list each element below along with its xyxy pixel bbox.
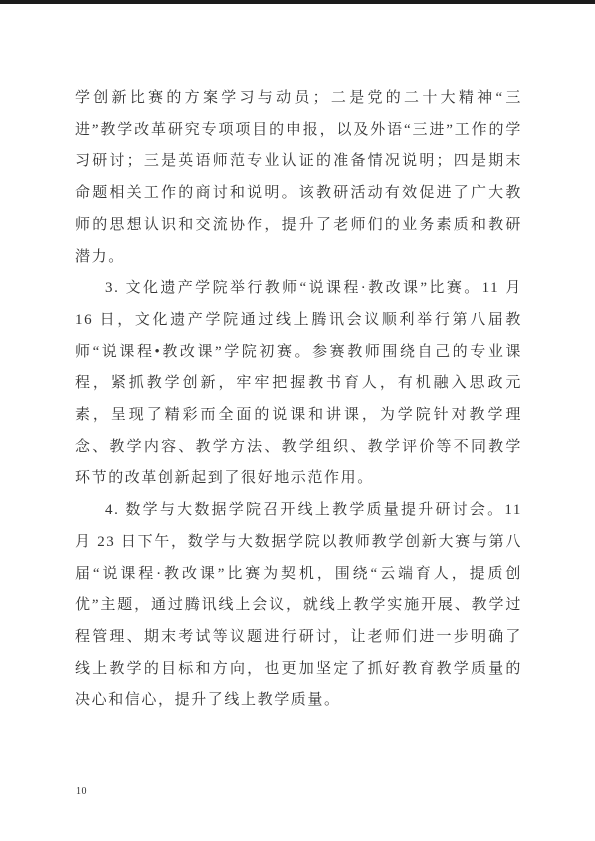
paragraph-item-3: 3. 文化遗产学院举行教师“说课程·教改课”比赛。11 月 16 日，文化遗产学… [75,273,522,495]
paragraph-item-4: 4. 数学与大数据学院召开线上教学质量提升研讨会。11 月 23 日下午，数学与… [75,495,522,717]
page-top-edge [0,0,595,4]
page-number: 10 [76,786,87,797]
document-body: 学创新比赛的方案学习与动员；二是党的二十大精神“三进”教学改革研究专项项目的申报… [75,83,522,717]
document-page: 学创新比赛的方案学习与动员；二是党的二十大精神“三进”教学改革研究专项项目的申报… [0,0,595,841]
paragraph-continuation: 学创新比赛的方案学习与动员；二是党的二十大精神“三进”教学改革研究专项项目的申报… [75,83,522,273]
